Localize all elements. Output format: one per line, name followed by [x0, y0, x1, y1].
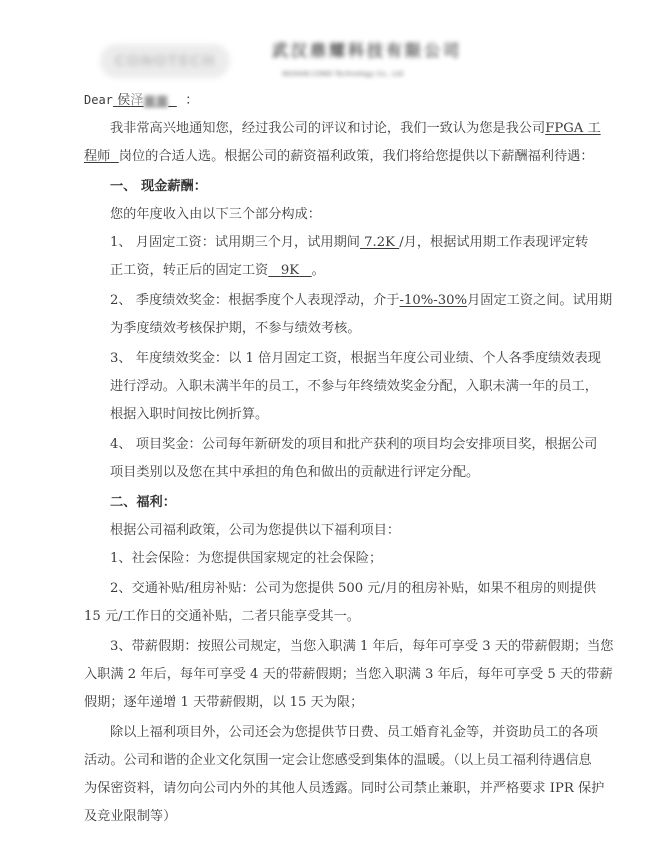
item-2-line-2: 为季度绩效考核保护期，不参与绩效考核。: [110, 320, 666, 338]
benefit-1: 1、社会保险：为您提供国家规定的社会保险；: [110, 550, 666, 568]
benefit-3-line-1: 3、带薪假期：按照公司规定，当您入职满 1 年后，每年可享受 3 天的带薪假期；…: [110, 638, 666, 656]
company-logo: CONOTECH: [100, 44, 230, 78]
logo-text: CONOTECH: [114, 52, 215, 70]
benefit-3-line-2: 入职满 2 年后，每年可享受 4 天的带薪假期；当您入职满 3 年后，每年可享受…: [84, 666, 644, 684]
closing-line-3: 为保密资料，请勿向公司内外的其他人员透露。同时公司禁止兼职，并严格要求 IPR …: [84, 780, 644, 798]
section-2-intro: 根据公司福利政策，公司为您提供以下福利项目：: [110, 522, 666, 540]
item-3-line-2: 进行浮动。入职未满半年的员工，不参与年终绩效奖金分配，入职未满一年的员工，: [110, 378, 666, 396]
closing-line-2: 活动。公司和谐的企业文化氛围一定会让您感受到集体的温暖。（以上员工福利待遇信息: [84, 752, 644, 770]
bonus-range: -10%-30%: [400, 293, 468, 308]
intro-line-1: 我非常高兴地通知您，经过我公司的评议和讨论，我们一致认为您是我公司FPGA 工: [110, 120, 666, 138]
position-title-cont: 程师: [84, 149, 110, 164]
probation-salary: 7.2K: [360, 235, 399, 250]
item-3-line-3: 根据入职时间按比例折算。: [110, 406, 666, 424]
benefit-2-line-1: 2、交通补贴/租房补贴：公司为您提供 500 元/月的租房补贴，如果不租房的则提…: [110, 580, 666, 598]
offer-letter-page: CONOTECH 武汉鼎耀科技有限公司 WUHAN CONO Technolog…: [0, 0, 666, 853]
item-2-line-1: 2、 季度绩效奖金：根据季度个人表现浮动，介于-10%-30%月固定工资之间。试…: [110, 292, 666, 310]
item-1-line-2: 正工资，转正后的固定工资 9K 。: [110, 262, 666, 280]
recipient-name: 侯泽■■: [113, 93, 177, 108]
benefit-3-line-3: 假期；逐年递增 1 天带薪假期，以 15 天为限；: [84, 694, 644, 712]
company-name-en: WUHAN CONO Technology Co., Ltd: [282, 70, 432, 80]
closing-line-4: 及竞业限制等）: [84, 808, 644, 826]
section-1-intro: 您的年度收入由以下三个部分构成：: [110, 206, 666, 224]
closing-line-1: 除以上福利项目外，公司还会为您提供节日费、员工婚育礼金等，并资助员工的各项: [110, 724, 666, 742]
greeting-line: Dear 侯泽■■ ：: [84, 91, 644, 110]
greeting-prefix: Dear: [84, 93, 113, 107]
benefit-2-line-2: 15 元/工作日的交通补贴，二者只能享受其一。: [84, 608, 644, 626]
intro-line-2: 程师 岗位的合适人选。根据公司的薪资福利政策，我们将给您提供以下薪酬福利待遇：: [84, 148, 644, 166]
section-2-title: 二、福利：: [110, 494, 666, 512]
item-4-line-1: 4、 项目奖金：公司每年新研发的项目和批产获利的项目均会安排项目奖，根据公司: [110, 436, 666, 454]
item-4-line-2: 项目类别以及您在其中承担的角色和做出的贡献进行评定分配。: [110, 464, 666, 482]
company-name-cn: 武汉鼎耀科技有限公司: [272, 38, 452, 60]
section-1-title: 一、 现金薪酬：: [110, 178, 666, 196]
position-title: FPGA 工: [545, 121, 600, 136]
item-1-line-1: 1、 月固定工资：试用期三个月，试用期间 7.2K /月，根据试用期工作表现评定…: [110, 234, 666, 252]
regular-salary: 9K: [268, 263, 311, 278]
item-3-line-1: 3、 年度绩效奖金：以 1 倍月固定工资，根据当年度公司业绩、个人各季度绩效表现: [110, 350, 666, 368]
